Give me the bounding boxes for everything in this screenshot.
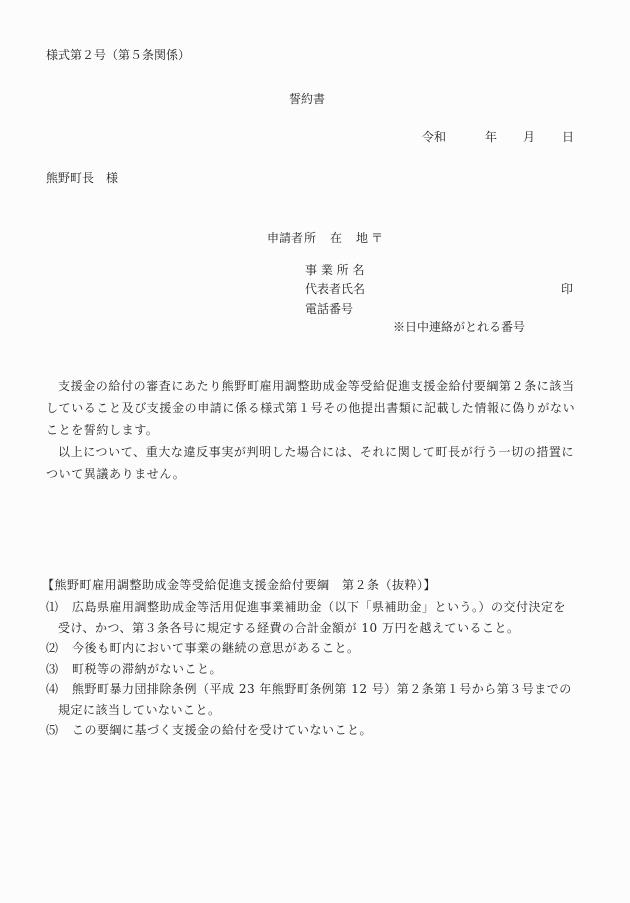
applicant-label: 申請者 <box>267 231 303 245</box>
item-text: 町税等の滞納がないこと。 <box>72 659 222 680</box>
item-text-continued: 規定に該当していないこと。 <box>46 700 586 721</box>
form-number: 様式第２号（第５条関係） <box>46 48 190 62</box>
representative-label: 代表者氏名 <box>305 282 365 296</box>
seal-mark: 印 <box>561 282 573 296</box>
excerpt-item-4: ⑷ 熊野町暴力団排除条例（平成 23 年熊野町条例第 12 号）第２条第１号から… <box>46 679 586 700</box>
date-year: 年 <box>485 130 497 144</box>
excerpt-list: ⑴ 広島県雇用調整助成金等活用促進事業補助金（以下「県補助金」という。）の交付決… <box>46 597 586 741</box>
item-number: ⑴ <box>46 597 72 618</box>
date-era: 令和 <box>422 130 446 144</box>
date-day: 日 <box>562 130 574 144</box>
addressee: 熊野町長 様 <box>46 171 118 185</box>
pledge-paragraph-1: 支援金の給付の審査にあたり熊野町雇用調整助成金等受給促進支援金給付要綱第２条に該… <box>46 375 586 441</box>
item-text: 広島県雇用調整助成金等活用促進事業補助金（以下「県補助金」という。）の交付決定を <box>72 597 566 618</box>
excerpt-item-3: ⑶ 町税等の滞納がないこと。 <box>46 659 586 680</box>
postal-mark: 〒 <box>371 231 383 245</box>
pledge-body: 支援金の給付の審査にあたり熊野町雇用調整助成金等受給促進支援金給付要綱第２条に該… <box>46 375 586 485</box>
date-month: 月 <box>523 130 535 144</box>
phone-label: 電話番号 <box>305 302 353 316</box>
item-text: 熊野町暴力団排除条例（平成 23 年熊野町条例第 12 号）第２条第１号から第３… <box>72 679 572 700</box>
address-label: 所 在 地 <box>304 231 369 245</box>
item-text-continued: 受け、かつ、第３条各号に規定する経費の合計金額が 10 万円を越えていること。 <box>46 618 586 639</box>
pledge-paragraph-2: 以上について、重大な違反事実が判明した場合には、それに関して町長が行う一切の措置… <box>46 441 586 485</box>
excerpt-item-2: ⑵ 今後も町内において事業の継続の意思があること。 <box>46 638 586 659</box>
phone-note: ※日中連絡がとれる番号 <box>393 320 525 334</box>
excerpt-heading: 【熊野町雇用調整助成金等受給促進支援金給付要綱 第２条（抜粋）】 <box>42 578 436 592</box>
item-text: 今後も町内において事業の継続の意思があること。 <box>72 638 360 659</box>
item-text: この要綱に基づく支援金の給付を受けていないこと。 <box>72 720 372 741</box>
item-number: ⑵ <box>46 638 72 659</box>
item-number: ⑷ <box>46 679 72 700</box>
item-number: ⑶ <box>46 659 72 680</box>
document-title: 誓約書 <box>289 92 325 106</box>
office-name-label: 事 業 所 名 <box>305 263 364 277</box>
excerpt-item-1: ⑴ 広島県雇用調整助成金等活用促進事業補助金（以下「県補助金」という。）の交付決… <box>46 597 586 618</box>
excerpt-item-5: ⑸ この要綱に基づく支援金の給付を受けていないこと。 <box>46 720 586 741</box>
item-number: ⑸ <box>46 720 72 741</box>
